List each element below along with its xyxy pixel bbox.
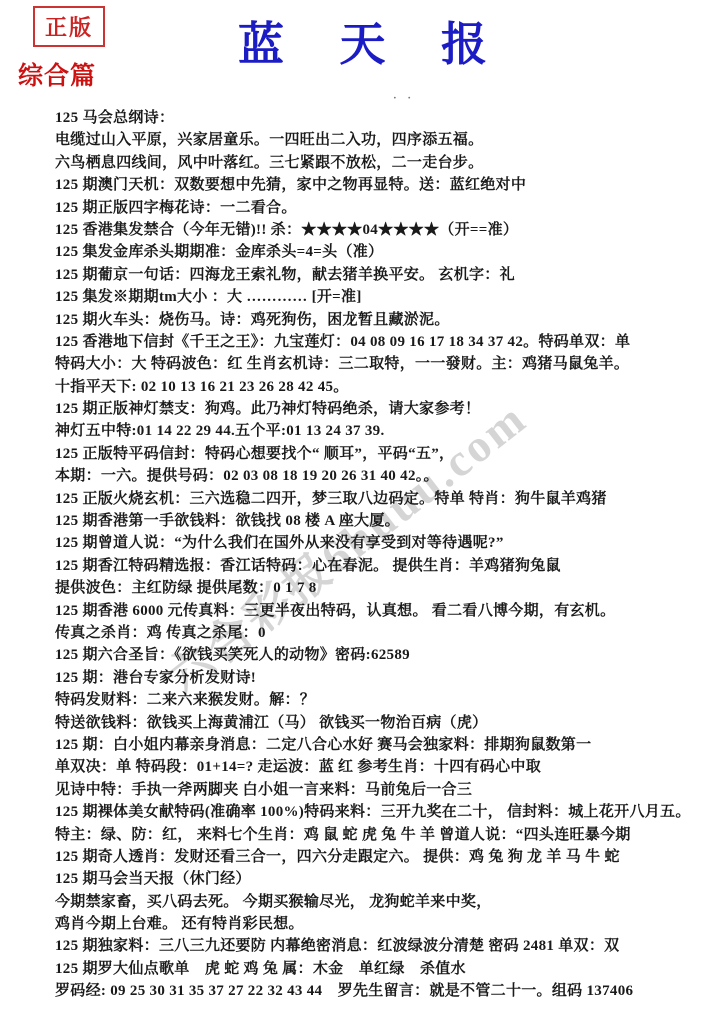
- text-line: 鸡肖今期上台难。 还有特肖彩民想。: [55, 913, 715, 935]
- text-line: 提供波色：主红防绿 提供尾数：0 1 7 8: [55, 577, 715, 599]
- text-line: 125 期罗大仙点歌单 虎 蛇 鸡 兔 属：木金 单红绿 杀值水: [55, 958, 715, 980]
- smudge-artifact: · ·: [393, 92, 415, 104]
- text-line: 125 期火车头：烧伤马。诗：鸡死狗伤，困龙暂且藏淤泥。: [55, 309, 715, 331]
- text-line: 125 期奇人透肖：发财还看三合一，四六分走跟定六。 提供：鸡 兔 狗 龙 羊 …: [55, 846, 715, 868]
- text-line: 六鸟栖息四线间，风中叶落红。三七紧跟不放松，二一走台步。: [55, 152, 715, 174]
- text-line: 电缆过山入平原，兴家居童乐。一四旺出二入功，四序添五福。: [55, 129, 715, 151]
- text-line: 125 期裸体美女献特码(准确率 100%)特码来料：三开九奖在二十， 信封料：…: [55, 801, 715, 823]
- text-line: 神灯五中特:01 14 22 29 44.五个平:01 13 24 37 39.: [55, 420, 715, 442]
- text-line: 125 期：白小姐内幕亲身消息：二定八合心水好 赛马会独家料：排期狗鼠数第一: [55, 734, 715, 756]
- text-line: 125 期正版四字梅花诗：一二看合。: [55, 197, 715, 219]
- text-line: 125 期香江特码精选报：香江话特码：心在春泥。 提供生肖：羊鸡猪狗兔鼠: [55, 555, 715, 577]
- text-line: 特送欲钱料：欲钱买上海黄浦江（马） 欲钱买一物治百病（虎）: [55, 712, 715, 734]
- text-line: 125 马会总纲诗：: [55, 107, 715, 129]
- text-line: 传真之杀肖：鸡 传真之杀尾：0: [55, 622, 715, 644]
- newspaper-page: 正版 蓝 天 报 综合篇 · · 六合彩报6huuu.com 125 马会总纲诗…: [0, 0, 725, 1017]
- text-line: 今期禁家畜，买八码去死。 今期买猴输尽光， 龙狗蛇羊来中奖，: [55, 891, 715, 913]
- text-line: 十指平天下: 02 10 13 16 21 23 26 28 42 45。: [55, 376, 715, 398]
- text-line: 罗码经: 09 25 30 31 35 37 27 22 32 43 44 罗先…: [55, 980, 715, 1002]
- section-heading: 综合篇: [18, 56, 96, 92]
- page-title: 蓝 天 报: [0, 8, 725, 74]
- text-line: 本期：一六。提供号码：02 03 08 18 19 20 26 31 40 42…: [55, 465, 715, 487]
- text-line: 125 期马会当天报（休门经）: [55, 868, 715, 890]
- text-line: 125 期香港 6000 元传真料：三更半夜出特码，认真想。 看二看八博今期，有…: [55, 600, 715, 622]
- text-line: 125 正版火烧玄机：三六选稳二四开，梦三取八边码定。特单 特肖：狗牛鼠羊鸡猪: [55, 488, 715, 510]
- text-line: 125 期六合圣旨：《欲钱买笑死人的动物》密码:62589: [55, 644, 715, 666]
- text-line: 125 期香港第一手欲钱料：欲钱找 08 楼 A 座大厦。: [55, 510, 715, 532]
- text-line: 125 期：港台专家分析发财诗!: [55, 667, 715, 689]
- text-line: 125 正版特平码信封：特码心想要找个“ 顺耳”，平码“五”，: [55, 443, 715, 465]
- text-line: 125 期葡京一句话：四海龙王索礼物，献去猪羊换平安。 玄机字：礼: [55, 264, 715, 286]
- text-line: 见诗中特：手执一斧两脚夹 白小姐一言来料：马前兔后一合三: [55, 779, 715, 801]
- text-line: 125 期曾道人说：“为什么我们在国外从来没有享受到对等待遇呢?”: [55, 532, 715, 554]
- text-line: 125 期独家料：三八三九还要防 内幕绝密消息：红波绿波分清楚 密码 2481 …: [55, 935, 715, 957]
- text-line: 特码大小：大 特码波色：红 生肖玄机诗：三二取特，一一發财。主：鸡猪马鼠兔羊。: [55, 353, 715, 375]
- text-line: 125 集发※期期tm大小 ：大 ………… [开=准]: [55, 286, 715, 308]
- text-line: 125 期澳门天机：双数要想中先猜，家中之物再显特。送：蓝红绝对中: [55, 174, 715, 196]
- text-line: 125 香港集发禁合（今年无错)!! 杀：★★★★04★★★★（开==准）: [55, 219, 715, 241]
- tips-text-block: 125 马会总纲诗： 电缆过山入平原，兴家居童乐。一四旺出二入功，四序添五福。 …: [55, 107, 715, 1003]
- text-line: 特主：绿、防：红， 来料七个生肖：鸡 鼠 蛇 虎 兔 牛 羊 曾道人说：“四头连…: [55, 824, 715, 846]
- text-line: 单双决：单 特码段：01+14=? 走运波：蓝 红 参考生肖：十四有码心中取: [55, 756, 715, 778]
- text-line: 特码发财料：二来六来猴发财。解：？: [55, 689, 715, 711]
- text-line: 125 期正版神灯禁支：狗鸡。此乃神灯特码绝杀，请大家参考！: [55, 398, 715, 420]
- text-line: 125 香港地下信封《千王之王》：九宝莲灯：04 08 09 16 17 18 …: [55, 331, 715, 353]
- text-line: 125 集发金库杀头期期准：金库杀头=4=头（准）: [55, 241, 715, 263]
